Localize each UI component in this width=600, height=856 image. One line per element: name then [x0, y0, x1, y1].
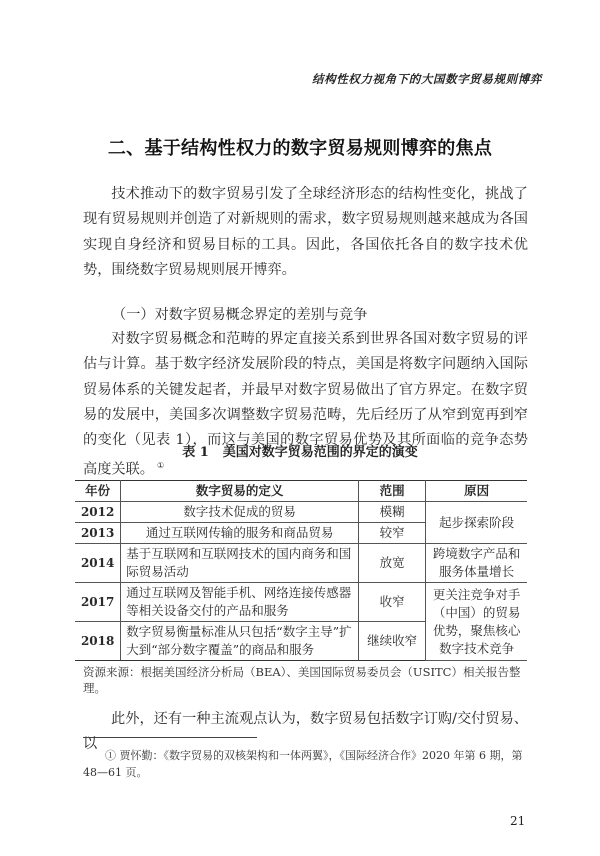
definition-evolution-table: 年份 数字贸易的定义 范围 原因 2012 数字技术促成的贸易 模糊 起步探索阶…	[75, 480, 527, 661]
cell-reason: 更关注竞争对手（中国）的贸易优势，聚焦核心数字技术竞争	[426, 583, 527, 661]
paragraph-definition: 对数字贸易概念和范畴的界定直接关系到世界各国对数字贸易的评估与计算。基于数字经济…	[83, 327, 528, 484]
cell-scope: 继续收窄	[358, 622, 425, 661]
cell-definition: 通过互联网传输的服务和商品贸易	[121, 523, 359, 544]
cell-scope: 较窄	[358, 523, 425, 544]
cell-scope: 收窄	[358, 583, 425, 622]
column-header-scope: 范围	[358, 481, 425, 502]
cell-definition: 通过互联网及智能手机、网络连接传感器等相关设备交付的产品和服务	[121, 583, 359, 622]
table-row: 2012 数字技术促成的贸易 模糊 起步探索阶段	[75, 502, 527, 523]
cell-year: 2012	[75, 502, 121, 523]
cell-definition: 数字贸易衡量标准从只包括“数字主导”扩大到“部分数字覆盖”的商品和服务	[121, 622, 359, 661]
footnote-mark: ①	[105, 749, 116, 762]
table-caption: 表 1美国对数字贸易范围的界定的演变	[0, 441, 600, 460]
cell-year: 2017	[75, 583, 121, 622]
table-header-row: 年份 数字贸易的定义 范围 原因	[75, 481, 527, 502]
table-caption-title: 美国对数字贸易范围的界定的演变	[223, 445, 418, 460]
page-number: 21	[510, 814, 525, 828]
cell-reason: 跨境数字产品和服务体量增长	[426, 544, 527, 583]
column-header-definition: 数字贸易的定义	[121, 481, 359, 502]
paragraph-intro: 技术推动下的数字贸易引发了全球经济形态的结构性变化，挑战了现有贸易规则并创造了对…	[83, 182, 528, 283]
cell-scope: 放宽	[358, 544, 425, 583]
footnote: ① 贾怀勤：《数字贸易的双核架构和一体两翼》，《国际经济合作》2020 年第 6…	[83, 747, 528, 781]
running-header-title: 结构性权力视角下的大国数字贸易规则博弈	[312, 71, 532, 87]
table-caption-number: 表 1	[182, 445, 209, 460]
cell-scope: 模糊	[358, 502, 425, 523]
footnote-reference[interactable]: ①	[157, 461, 164, 470]
cell-reason: 起步探索阶段	[426, 502, 527, 544]
cell-definition: 基于互联网和互联网技术的国内商务和国际贸易活动	[121, 544, 359, 583]
footnote-text: 贾怀勤：《数字贸易的双核架构和一体两翼》，《国际经济合作》2020 年第 6 期…	[83, 749, 522, 779]
column-header-year: 年份	[75, 481, 121, 502]
footnote-separator	[83, 737, 257, 738]
paragraph-intro-text: 技术推动下的数字贸易引发了全球经济形态的结构性变化，挑战了现有贸易规则并创造了对…	[83, 186, 528, 278]
subsection-heading: （一）对数字贸易概念界定的差别与竞争	[112, 304, 367, 324]
section-title: 二、基于结构性权力的数字贸易规则博弈的焦点	[0, 134, 600, 160]
table-row: 2014 基于互联网和互联网技术的国内商务和国际贸易活动 放宽 跨境数字产品和服…	[75, 544, 527, 583]
cell-year: 2013	[75, 523, 121, 544]
table-row: 2017 通过互联网及智能手机、网络连接传感器等相关设备交付的产品和服务 收窄 …	[75, 583, 527, 622]
cell-year: 2018	[75, 622, 121, 661]
column-header-reason: 原因	[426, 481, 527, 502]
cell-definition: 数字技术促成的贸易	[121, 502, 359, 523]
table-source-note: 资源来源：根据美国经济分析局（BEA）、美国国际贸易委员会（USITC）相关报告…	[83, 664, 533, 696]
cell-year: 2014	[75, 544, 121, 583]
